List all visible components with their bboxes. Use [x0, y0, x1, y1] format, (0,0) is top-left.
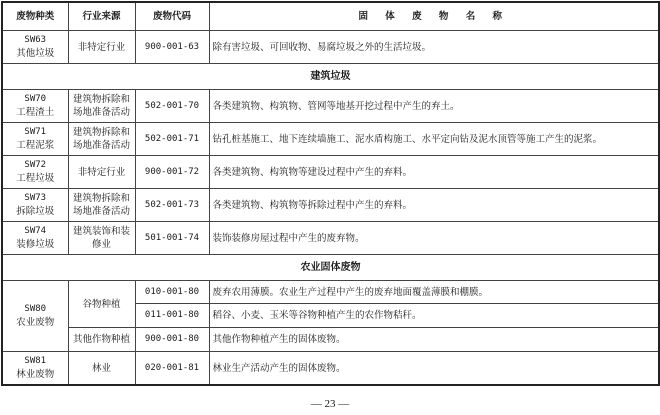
section-title: 建筑垃圾 [2, 64, 659, 90]
code-cell: 502-001-70 [135, 90, 209, 123]
category-code: SW74 [3, 225, 68, 238]
category-cell: SW81 林业废物 [2, 352, 68, 386]
header-industry-source: 行业来源 [68, 2, 135, 31]
category-cell: SW72 工程垃圾 [2, 156, 68, 189]
category-cell: SW71 工程泥浆 [2, 123, 68, 156]
table-row: SW81 林业废物 林业 020-001-81 林业生产活动产生的固体废物。 [2, 352, 659, 386]
name-cell: 各类建筑物、构筑物、管网等地基开挖过程中产生的弃土。 [209, 90, 659, 123]
section-row-construction-waste: 建筑垃圾 [2, 64, 659, 90]
section-title: 农业固体废物 [2, 255, 659, 281]
category-name: 工程泥浆 [3, 139, 68, 152]
name-cell: 其他作物种植产生的固体废物。 [209, 328, 659, 352]
category-name: 农业废物 [3, 316, 68, 329]
table-header-row: 废物种类 行业来源 废物代码 固 体 废 物 名 称 [2, 2, 659, 31]
category-code: SW71 [3, 126, 68, 139]
code-cell: 010-001-80 [135, 281, 209, 304]
table-row: 其他作物种植 900-001-80 其他作物种植产生的固体废物。 [2, 328, 659, 352]
source-cell: 非特定行业 [68, 156, 135, 189]
source-cell: 建筑物拆除和场地准备活动 [68, 90, 135, 123]
code-cell: 501-001-74 [135, 222, 209, 255]
category-code: SW73 [3, 192, 68, 205]
source-cell: 建筑物拆除和场地准备活动 [68, 189, 135, 222]
category-code: SW72 [3, 159, 68, 172]
category-name: 工程渣土 [3, 106, 68, 119]
code-cell: 900-001-80 [135, 328, 209, 352]
code-cell: 900-001-63 [135, 31, 209, 64]
code-cell: 011-001-80 [135, 304, 209, 328]
table-row: SW73 拆除垃圾 建筑物拆除和场地准备活动 502-001-73 各类建筑物、… [2, 189, 659, 222]
code-cell: 502-001-73 [135, 189, 209, 222]
code-cell: 020-001-81 [135, 352, 209, 386]
name-cell: 装饰装修房屋过程中产生的废弃物。 [209, 222, 659, 255]
name-cell: 稻谷、小麦、玉米等谷物种植产生的农作物秸秆。 [209, 304, 659, 328]
name-cell: 各类建筑物、构筑物等建设过程中产生的弃料。 [209, 156, 659, 189]
category-cell: SW74 装修垃圾 [2, 222, 68, 255]
code-cell: 900-001-72 [135, 156, 209, 189]
source-cell: 谷物种植 [68, 281, 135, 328]
table-row: SW74 装修垃圾 建筑装饰和装修业 501-001-74 装饰装修房屋过程中产… [2, 222, 659, 255]
table-row: SW80 农业废物 谷物种植 010-001-80 废弃农用薄膜。农业生产过程中… [2, 281, 659, 304]
header-waste-name: 固 体 废 物 名 称 [209, 2, 659, 31]
table-row: SW71 工程泥浆 建筑物拆除和场地准备活动 502-001-71 钻孔桩基施工… [2, 123, 659, 156]
category-cell: SW80 农业废物 [2, 281, 68, 352]
source-cell: 非特定行业 [68, 31, 135, 64]
table-row: SW72 工程垃圾 非特定行业 900-001-72 各类建筑物、构筑物等建设过… [2, 156, 659, 189]
section-row-agricultural-waste: 农业固体废物 [2, 255, 659, 281]
category-name: 装修垃圾 [3, 238, 68, 251]
name-cell: 林业生产活动产生的固体废物。 [209, 352, 659, 386]
header-waste-code: 废物代码 [135, 2, 209, 31]
solid-waste-table: 废物种类 行业来源 废物代码 固 体 废 物 名 称 SW63 其他垃圾 非特定… [1, 1, 660, 386]
source-cell: 其他作物种植 [68, 328, 135, 352]
code-cell: 502-001-71 [135, 123, 209, 156]
category-cell: SW63 其他垃圾 [2, 31, 68, 64]
category-cell: SW70 工程渣土 [2, 90, 68, 123]
source-cell: 建筑装饰和装修业 [68, 222, 135, 255]
name-cell: 除有害垃圾、可回收物、易腐垃圾之外的生活垃圾。 [209, 31, 659, 64]
name-cell: 各类建筑物、构筑物等拆除过程中产生的弃料。 [209, 189, 659, 222]
name-cell: 废弃农用薄膜。农业生产过程中产生的废弃地面覆盖薄膜和棚膜。 [209, 281, 659, 304]
page-number: — 23 — [0, 398, 660, 410]
table-row: SW70 工程渣土 建筑物拆除和场地准备活动 502-001-70 各类建筑物、… [2, 90, 659, 123]
category-code: SW70 [3, 93, 68, 106]
category-cell: SW73 拆除垃圾 [2, 189, 68, 222]
category-name: 拆除垃圾 [3, 205, 68, 218]
category-code: SW63 [3, 34, 68, 47]
header-waste-category: 废物种类 [2, 2, 68, 31]
category-name: 其他垃圾 [3, 47, 68, 60]
category-code: SW81 [3, 355, 68, 368]
source-cell: 林业 [68, 352, 135, 386]
table-row: SW63 其他垃圾 非特定行业 900-001-63 除有害垃圾、可回收物、易腐… [2, 31, 659, 64]
category-name: 工程垃圾 [3, 172, 68, 185]
category-code: SW80 [3, 303, 68, 316]
category-name: 林业废物 [3, 368, 68, 381]
name-cell: 钻孔桩基施工、地下连续墙施工、泥水盾构施工、水平定向钻及泥水顶管等施工产生的泥浆… [209, 123, 659, 156]
source-cell: 建筑物拆除和场地准备活动 [68, 123, 135, 156]
